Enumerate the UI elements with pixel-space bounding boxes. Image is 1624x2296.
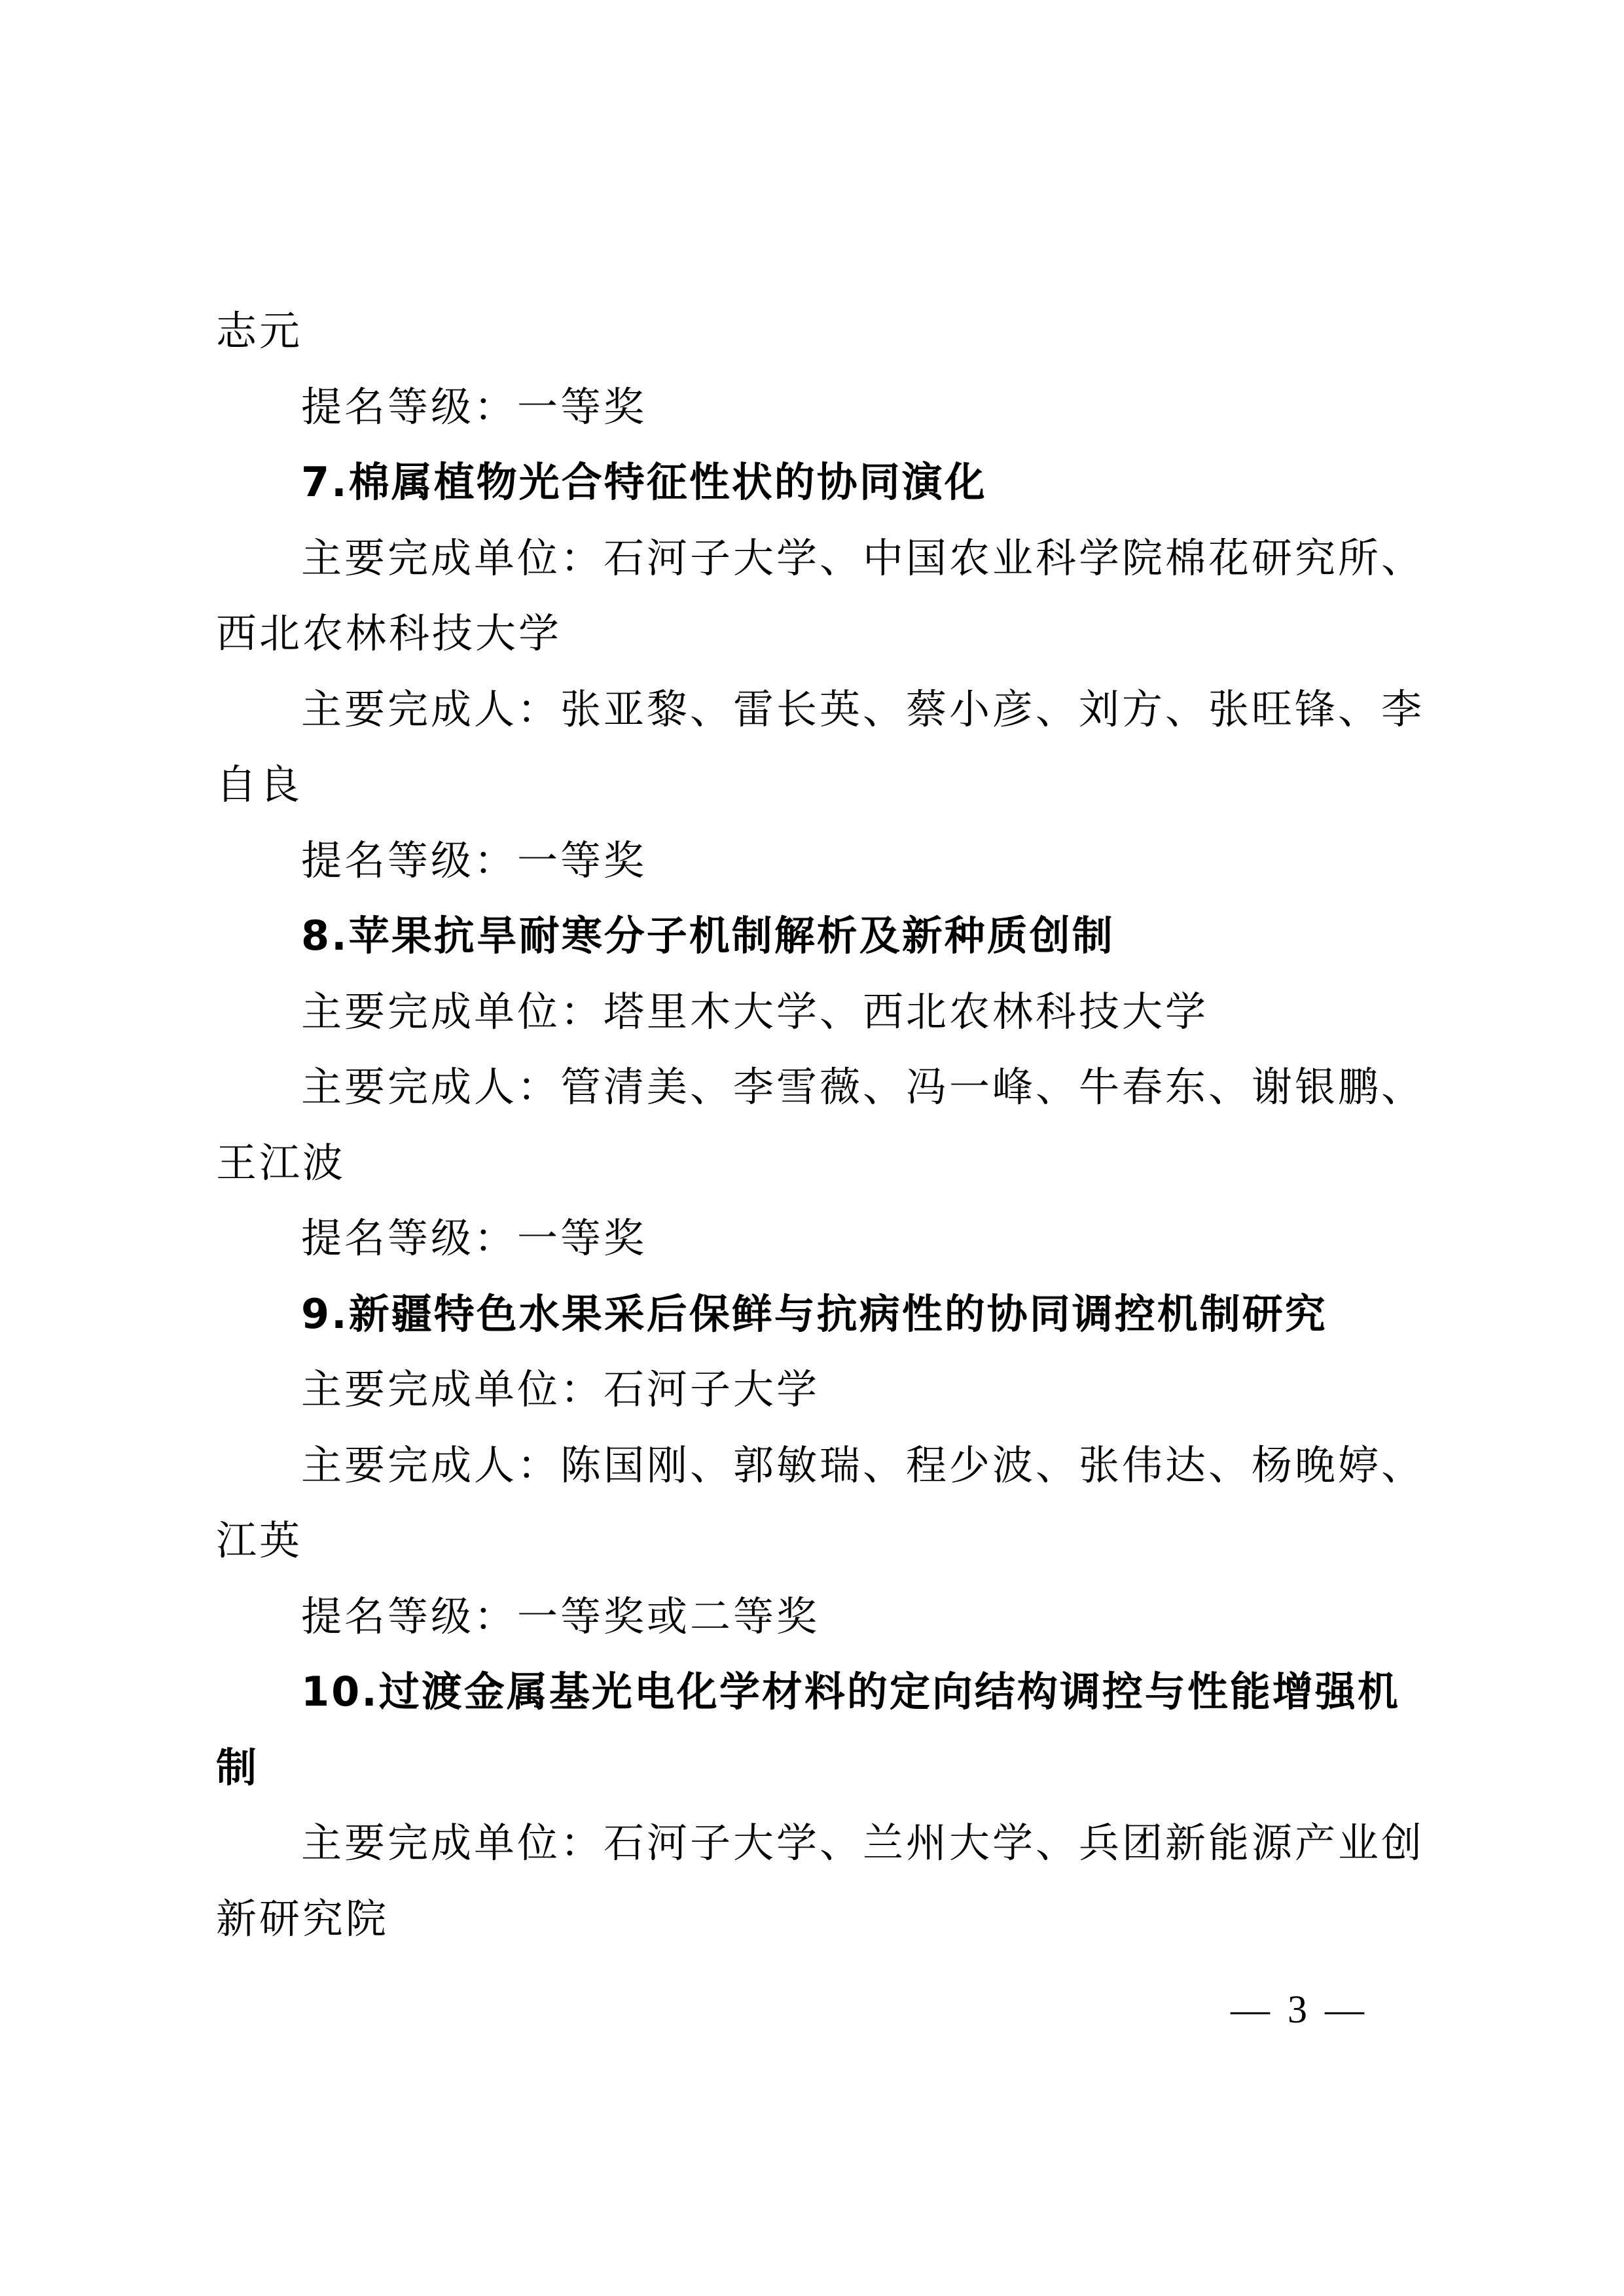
nomination-level: 提名等级：一等奖 xyxy=(216,1200,1414,1276)
document-page: 志元 提名等级：一等奖 7.棉属植物光合特征性状的协同演化 主要完成单位：石河子… xyxy=(216,293,1414,1956)
project-title-10: 10.过渡金属基光电化学材料的定向结构调控与性能增强机 xyxy=(216,1654,1414,1730)
completion-persons: 主要完成人：张亚黎、雷长英、蔡小彦、刘方、张旺锋、李 xyxy=(216,672,1414,747)
project-title-7: 7.棉属植物光合特征性状的协同演化 xyxy=(216,444,1414,520)
page-number: — 3 — xyxy=(1231,1983,1368,2036)
nomination-level: 提名等级：一等奖 xyxy=(216,369,1414,445)
completion-units: 主要完成单位：塔里木大学、西北农林科技大学 xyxy=(216,974,1414,1050)
continuation-line: 志元 xyxy=(216,293,1414,369)
project-title-9: 9.新疆特色水果采后保鲜与抗病性的协同调控机制研究 xyxy=(216,1276,1414,1352)
project-title-10-cont: 制 xyxy=(216,1730,1414,1806)
completion-units-cont: 西北农林科技大学 xyxy=(216,596,1414,672)
nomination-level: 提名等级：一等奖或二等奖 xyxy=(216,1579,1414,1655)
completion-persons-cont: 王江波 xyxy=(216,1125,1414,1201)
nomination-level: 提名等级：一等奖 xyxy=(216,823,1414,899)
completion-units-cont: 新研究院 xyxy=(216,1881,1414,1957)
completion-persons-cont: 江英 xyxy=(216,1503,1414,1579)
completion-units: 主要完成单位：石河子大学 xyxy=(216,1352,1414,1427)
completion-units: 主要完成单位：石河子大学、兰州大学、兵团新能源产业创 xyxy=(216,1805,1414,1881)
project-title-8: 8.苹果抗旱耐寒分子机制解析及新种质创制 xyxy=(216,898,1414,974)
completion-persons: 主要完成人：陈国刚、郭敏瑞、程少波、张伟达、杨晚婷、 xyxy=(216,1427,1414,1503)
completion-units: 主要完成单位：石河子大学、中国农业科学院棉花研究所、 xyxy=(216,520,1414,596)
completion-persons-cont: 自良 xyxy=(216,747,1414,823)
completion-persons: 主要完成人：管清美、李雪薇、冯一峰、牛春东、谢银鹏、 xyxy=(216,1049,1414,1125)
